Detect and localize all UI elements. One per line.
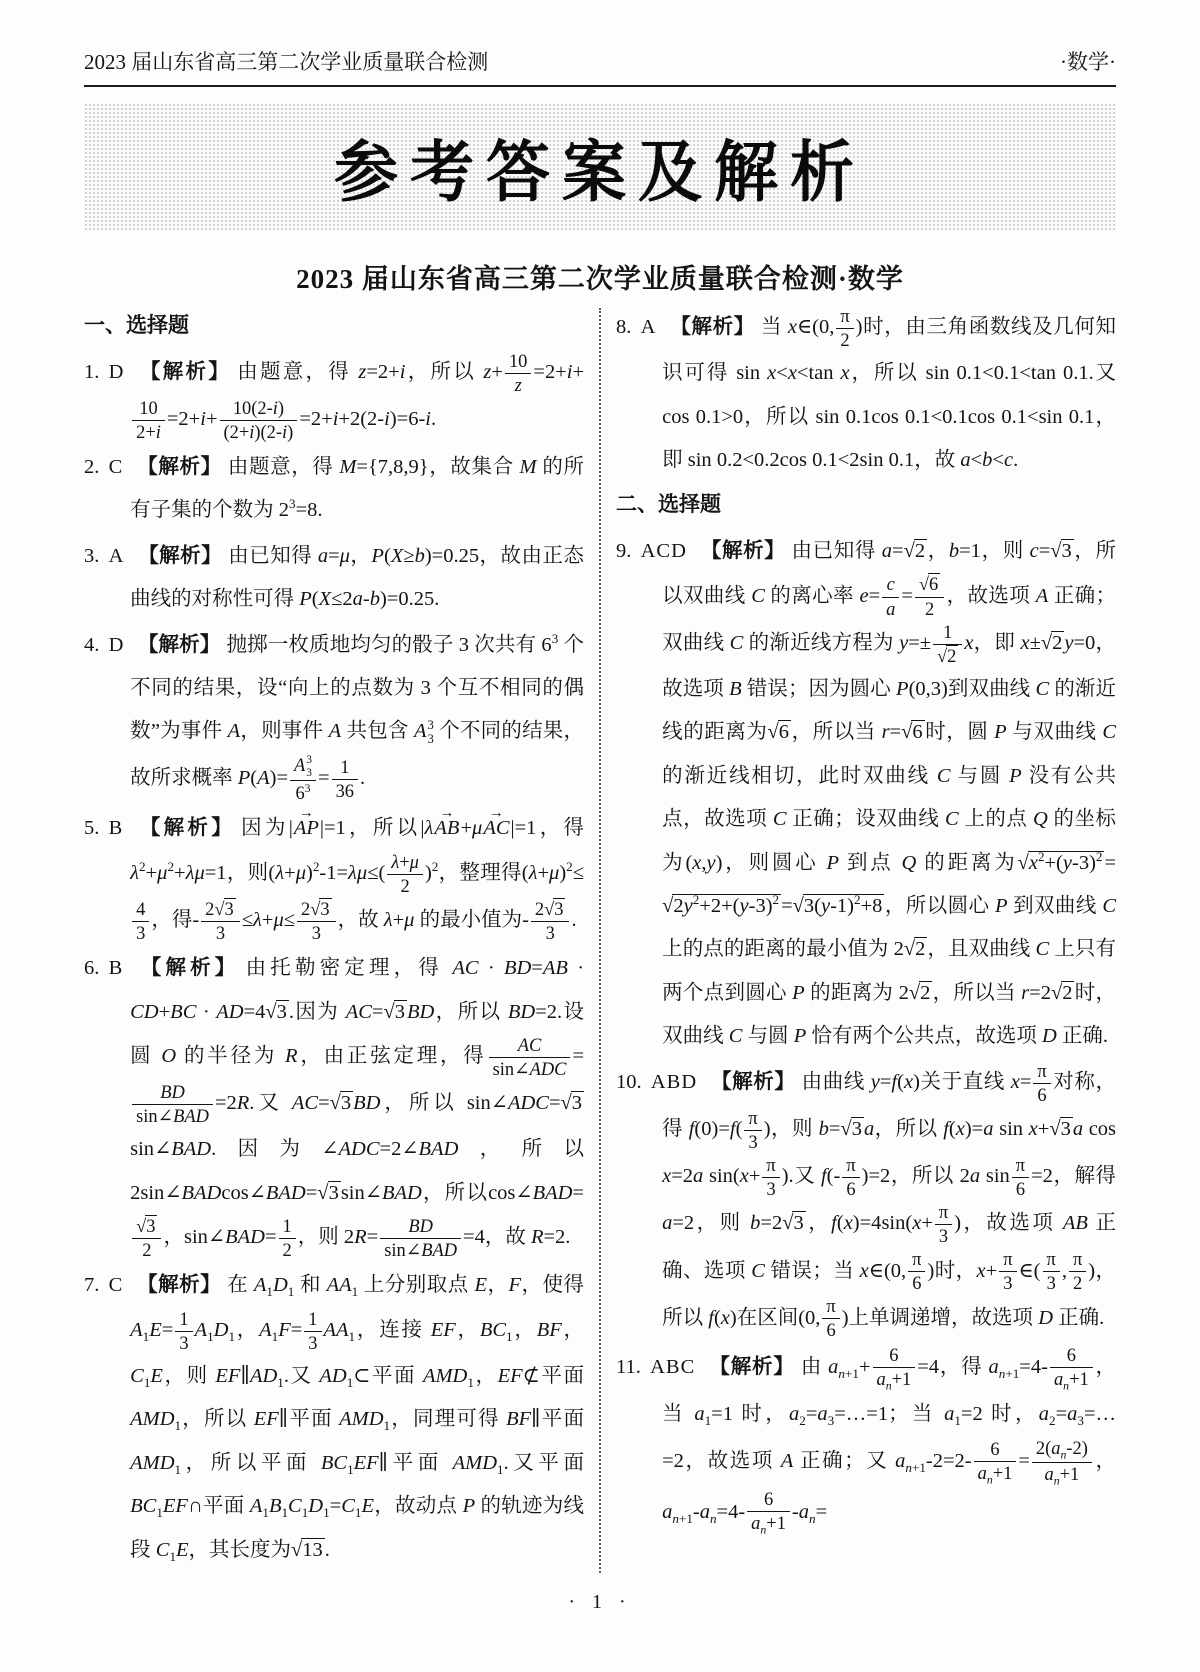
column-divider bbox=[599, 308, 601, 1573]
page-footer: · 1 · bbox=[0, 1591, 1200, 1614]
right-column: 8.A【解析】当 x∈(0,π2)时，由三角函数线及几何知识可得 sin x<x… bbox=[616, 304, 1116, 1573]
explain-label: 【解析】 bbox=[700, 539, 785, 562]
answer-letter: B bbox=[109, 817, 124, 839]
answer-letter: D bbox=[109, 361, 125, 383]
header-exam-title: 2023 届山东省高三第二次学业质量联合检测 bbox=[84, 46, 488, 76]
banner-title: 参考答案及解析 bbox=[334, 119, 866, 215]
explain-label: 【解析】 bbox=[138, 544, 222, 567]
explain-label: 【解析】 bbox=[138, 633, 221, 656]
explain-label: 【解析】 bbox=[710, 1070, 795, 1093]
item-number: 9. bbox=[616, 540, 631, 562]
answer-letter: ABD bbox=[651, 1071, 697, 1093]
item-number: 10. bbox=[616, 1071, 642, 1093]
answer-item: 3.A【解析】由已知得 a=μ，P(X≥b)=0.25，故由正态曲线的对称性可得… bbox=[84, 534, 584, 622]
answer-item: 4.D【解析】抛掷一枚质地均匀的骰子 3 次共有 63 个不同的结果，设“向上的… bbox=[84, 623, 584, 806]
answer-item: 7.C【解析】在 A1D1 和 AA1 上分别取点 E，F，使得 A1E=13A… bbox=[84, 1263, 584, 1572]
answer-banner: 参考答案及解析 bbox=[84, 103, 1116, 231]
header-subject: ·数学· bbox=[1060, 46, 1116, 76]
item-body: 由 an+1+6an+1=4，得 an+1=4-6an+1，当 a1=1 时，a… bbox=[662, 1356, 1116, 1523]
explain-label: 【解析】 bbox=[138, 360, 231, 383]
answer-letter: C bbox=[109, 1274, 124, 1296]
answer-letter: D bbox=[109, 634, 125, 656]
item-number: 11. bbox=[616, 1356, 641, 1378]
item-number: 8. bbox=[616, 316, 631, 338]
item-body: 由曲线 y=f(x)关于直线 x=π6对称，得 f(0)=f(π3)，则 b=√… bbox=[662, 1071, 1116, 1329]
answer-item: 5.B【解析】因为|→AP|=1，所以|λ→AB+μ→AC|=1，得 λ2+μ2… bbox=[84, 806, 584, 945]
explain-label: 【解析】 bbox=[137, 956, 240, 979]
item-body: 当 x∈(0,π2)时，由三角函数线及几何知识可得 sin x<x<tan x，… bbox=[662, 316, 1116, 471]
answer-item: 2.C【解析】由题意，得 M={7,8,9}，故集合 M 的所有子集的个数为 2… bbox=[84, 445, 584, 533]
item-number: 7. bbox=[84, 1274, 99, 1296]
item-body: 由托勒密定理，得 AC · BD=AB · CD+BC · AD=4√3.因为 … bbox=[130, 957, 584, 1248]
explain-label: 【解析】 bbox=[670, 315, 755, 338]
explain-label: 【解析】 bbox=[137, 816, 235, 839]
explain-label: 【解析】 bbox=[137, 1273, 222, 1296]
answer-letter: A bbox=[109, 545, 125, 567]
explain-label: 【解析】 bbox=[709, 1355, 795, 1378]
item-number: 3. bbox=[84, 545, 99, 567]
answer-item: 9.ACD【解析】由已知得 a=√2，b=1，则 c=√3，所以双曲线 C 的离… bbox=[616, 529, 1116, 1059]
answer-letter: C bbox=[109, 456, 124, 478]
two-column-body: 一、选择题1.D【解析】由题意，得 z=2+i，所以 z+10z=2+i+102… bbox=[84, 304, 1116, 1573]
section-heading: 一、选择题 bbox=[84, 304, 584, 349]
item-body: 抛掷一枚质地均匀的骰子 3 次共有 63 个不同的结果，设“向上的点数为 3 个… bbox=[130, 634, 584, 790]
answer-item: 10.ABD【解析】由曲线 y=f(x)关于直线 x=π6对称，得 f(0)=f… bbox=[616, 1060, 1116, 1343]
item-number: 2. bbox=[84, 456, 99, 478]
page-header: 2023 届山东省高三第二次学业质量联合检测 ·数学· bbox=[84, 46, 1116, 87]
answer-letter: ACD bbox=[641, 540, 687, 562]
section-heading: 二、选择题 bbox=[616, 483, 1116, 528]
answer-letter: A bbox=[641, 316, 657, 338]
left-column: 一、选择题1.D【解析】由题意，得 z=2+i，所以 z+10z=2+i+102… bbox=[84, 304, 584, 1573]
answer-item: 1.D【解析】由题意，得 z=2+i，所以 z+10z=2+i+102+i=2+… bbox=[84, 350, 584, 444]
answer-item: 8.A【解析】当 x∈(0,π2)时，由三角函数线及几何知识可得 sin x<x… bbox=[616, 305, 1116, 482]
document-page: 2023 届山东省高三第二次学业质量联合检测 ·数学· 参考答案及解析 2023… bbox=[0, 0, 1200, 1672]
answer-letter: ABC bbox=[650, 1356, 695, 1378]
item-number: 5. bbox=[84, 817, 99, 839]
answer-item: 11.ABC【解析】由 an+1+6an+1=4，得 an+1=4-6an+1，… bbox=[616, 1344, 1116, 1538]
item-number: 4. bbox=[84, 634, 99, 656]
item-number: 6. bbox=[84, 957, 99, 979]
exam-subtitle: 2023 届山东省高三第二次学业质量联合检测·数学 bbox=[84, 257, 1116, 296]
item-body: 在 A1D1 和 AA1 上分别取点 E，F，使得 A1E=13A1D1，A1F… bbox=[130, 1274, 584, 1560]
answer-item: 6.B【解析】由托勒密定理，得 AC · BD=AB · CD+BC · AD=… bbox=[84, 946, 584, 1262]
explain-label: 【解析】 bbox=[137, 455, 222, 478]
page-number: · 1 · bbox=[568, 1591, 631, 1613]
item-body: 由已知得 a=√2，b=1，则 c=√3，所以双曲线 C 的离心率 e=ca=√… bbox=[662, 540, 1116, 1047]
answer-letter: B bbox=[109, 957, 124, 979]
item-number: 1. bbox=[84, 361, 99, 383]
